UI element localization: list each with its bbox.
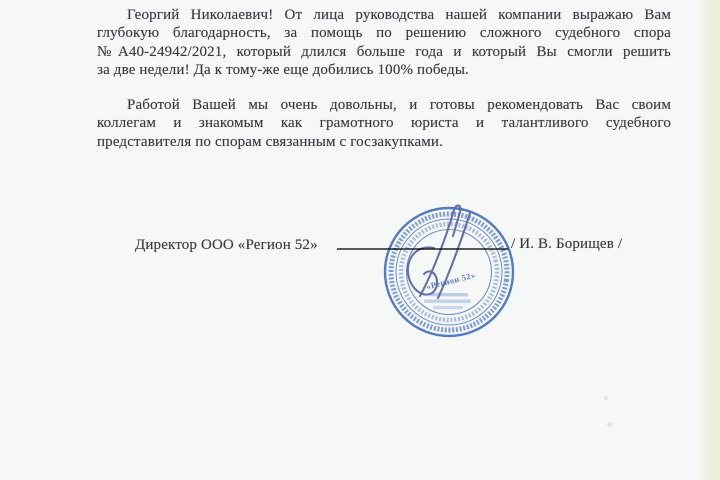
stamp-smudge-text [430,293,468,296]
scan-edge-strip [696,0,720,480]
scan-speck [604,396,608,400]
company-stamp: «Регион 52» [374,192,524,344]
letter-paragraph-gratitude: Георгий Николаевич! От лица руководства … [97,6,671,79]
letter-line: №А40-24942/2021, который длился больше г… [97,43,671,61]
letter-line: коллегам и знакомым как грамотного юрист… [97,114,671,132]
stamp-smudge-text [424,300,471,303]
letter-line: представителя по спорам связанным с госз… [97,133,671,151]
letter-line: за две недели! Да к тому-же еще добились… [97,61,671,79]
letter-line: Георгий Николаевич! От лица руководства … [97,6,671,24]
scan-speck [607,422,613,427]
signer-title: Директор ООО «Регион 52» [135,236,318,254]
scanned-letter-page: Георгий Николаевич! От лица руководства … [0,0,720,480]
letter-line: Работой Вашей мы очень довольны, и готов… [97,96,671,114]
stamp-smudge-text [433,306,463,309]
signer-name: / И. В. Борищев / [511,235,622,253]
letter-line: глубокую благодарность, за помощь по реш… [97,24,671,42]
letter-paragraph-recommendation: Работой Вашей мы очень довольны, и готов… [97,96,671,151]
